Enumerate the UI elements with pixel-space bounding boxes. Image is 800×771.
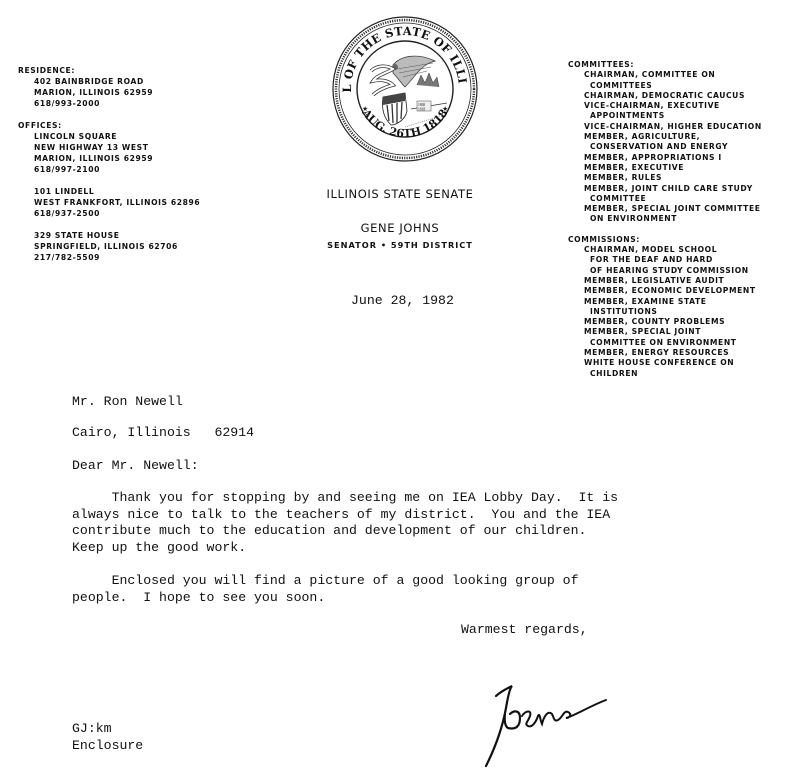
residence-phone: 618/993-2000: [18, 98, 200, 109]
contact-addresses: RESIDENCE: 402 BAINBRIDGE ROAD MARION, I…: [18, 65, 200, 263]
body-paragraph: Enclosed you will find a picture of a go…: [72, 573, 578, 606]
committee-item: MEMBER, APPROPRIATIONS I: [568, 153, 762, 163]
commission-item: FOR THE DEAF AND HARD: [568, 255, 762, 265]
closing: Warmest regards,: [461, 622, 588, 637]
committee-item: COMMITTEES: [568, 81, 762, 91]
committees-list: CHAIRMAN, COMMITTEE ONCOMMITTEESCHAIRMAN…: [568, 70, 762, 224]
commission-item: INSTITUTIONS: [568, 307, 762, 317]
committee-item: VICE-CHAIRMAN, HIGHER EDUCATION: [568, 122, 762, 132]
committee-item: VICE-CHAIRMAN, EXECUTIVE: [568, 101, 762, 111]
committee-item: CONSERVATION AND ENERGY: [568, 142, 762, 152]
typist-initials: GJ:km: [72, 721, 143, 738]
committees-label: COMMITTEES:: [568, 60, 762, 70]
illinois-state-seal-icon: SEAL OF THE STATE OF ILLINOIS AUG. 26TH …: [331, 15, 479, 163]
committee-item: CHAIRMAN, COMMITTEE ON: [568, 70, 762, 80]
office-line: NEW HIGHWAY 13 WEST: [18, 142, 200, 153]
commission-item: COMMITTEE ON ENVIRONMENT: [568, 338, 762, 348]
residence-label: RESIDENCE:: [18, 65, 200, 76]
commissions-list: CHAIRMAN, MODEL SCHOOLFOR THE DEAF AND H…: [568, 245, 762, 379]
committee-item: CHAIRMAN, DEMOCRATIC CAUCUS: [568, 91, 762, 101]
svg-text:★: ★: [442, 105, 448, 113]
committees-commissions: COMMITTEES: CHAIRMAN, COMMITTEE ONCOMMIT…: [568, 60, 762, 379]
residence-line: MARION, ILLINOIS 62959: [18, 87, 200, 98]
commission-item: CHAIRMAN, MODEL SCHOOL: [568, 245, 762, 255]
committee-item: MEMBER, AGRICULTURE,: [568, 132, 762, 142]
office-line: WEST FRANKFORT, ILLINOIS 62896: [18, 197, 200, 208]
office-phone: 618/997-2100: [18, 164, 200, 175]
committee-item: COMMITTEE: [568, 194, 762, 204]
commission-item: OF HEARING STUDY COMMISSION: [568, 266, 762, 276]
commission-item: WHITE HOUSE CONFERENCE ON: [568, 358, 762, 368]
office-phone: 618/937-2500: [18, 208, 200, 219]
commission-item: MEMBER, LEGISLATIVE AUDIT: [568, 276, 762, 286]
office-line: 329 STATE HOUSE: [18, 230, 200, 241]
commission-item: MEMBER, SPECIAL JOINT: [568, 327, 762, 337]
recipient-city: Cairo, Illinois 62914: [72, 425, 254, 442]
salutation: Dear Mr. Newell:: [72, 458, 199, 475]
enclosure-note: Enclosure: [72, 738, 143, 755]
svg-text:★: ★: [362, 105, 368, 113]
commission-item: MEMBER, COUNTY PROBLEMS: [568, 317, 762, 327]
body-paragraph: Thank you for stopping by and seeing me …: [72, 490, 618, 556]
senator-name: GENE JOHNS: [290, 221, 510, 235]
office-line: 101 LINDELL: [18, 186, 200, 197]
committee-item: APPOINTMENTS: [568, 111, 762, 121]
office-line: MARION, ILLINOIS 62959: [18, 153, 200, 164]
organization-name: ILLINOIS STATE SENATE: [290, 187, 510, 201]
reference-block: GJ:km Enclosure: [72, 721, 143, 754]
commissions-label: COMMISSIONS:: [568, 235, 762, 245]
svg-text:1868: 1868: [418, 103, 425, 107]
office-line: LINCOLN SQUARE: [18, 131, 200, 142]
committee-item: MEMBER, SPECIAL JOINT COMMITTEE: [568, 204, 762, 214]
committee-item: MEMBER, JOINT CHILD CARE STUDY: [568, 184, 762, 194]
committee-item: ON ENVIRONMENT: [568, 214, 762, 224]
commission-item: MEMBER, ENERGY RESOURCES: [568, 348, 762, 358]
commission-item: CHILDREN: [568, 369, 762, 379]
recipient-name: Mr. Ron Newell: [72, 394, 183, 411]
letter-date: June 28, 1982: [351, 293, 454, 308]
signature-icon: Gene: [480, 670, 620, 770]
svg-text:1818: 1818: [418, 108, 425, 112]
office-line: SPRINGFIELD, ILLINOIS 62706: [18, 241, 200, 252]
commission-item: MEMBER, ECONOMIC DEVELOPMENT: [568, 286, 762, 296]
residence-line: 402 BAINBRIDGE ROAD: [18, 76, 200, 87]
offices-label: OFFICES:: [18, 120, 200, 131]
committee-item: MEMBER, EXECUTIVE: [568, 163, 762, 173]
senator-title: SENATOR • 59TH DISTRICT: [290, 240, 510, 250]
commission-item: MEMBER, EXAMINE STATE: [568, 297, 762, 307]
committee-item: MEMBER, RULES: [568, 173, 762, 183]
office-phone: 217/782-5509: [18, 252, 200, 263]
